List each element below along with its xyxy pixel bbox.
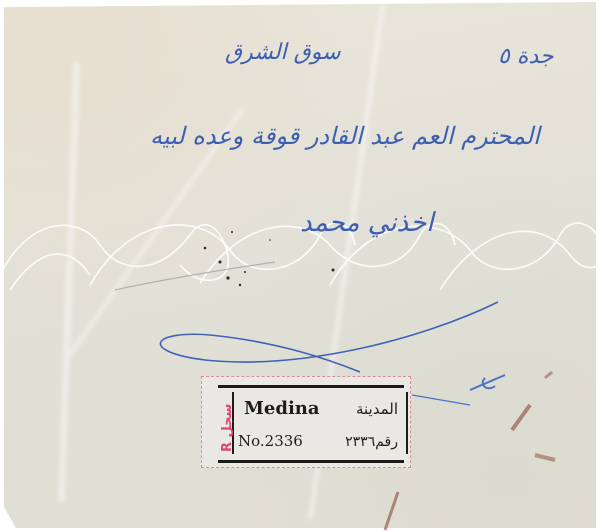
city-name-arabic: المدينة xyxy=(356,400,398,418)
city-name-english: Medina xyxy=(244,398,320,419)
registered-mail-label: R سجل Medina المدينة No.2336 رقم٢٣٣٦ xyxy=(201,376,411,468)
photo: سوق الشرق جدة ٥ المحترم العم عبد القادر … xyxy=(0,0,600,532)
label-box: R سجل Medina المدينة No.2336 رقم٢٣٣٦ xyxy=(232,392,408,454)
registered-r-mark: R سجل xyxy=(220,396,234,460)
registration-number-arabic: رقم٢٣٣٦ xyxy=(345,434,398,450)
label-frame: R سجل Medina المدينة No.2336 رقم٢٣٣٦ xyxy=(218,385,404,463)
registration-number-english: No.2336 xyxy=(238,432,303,450)
